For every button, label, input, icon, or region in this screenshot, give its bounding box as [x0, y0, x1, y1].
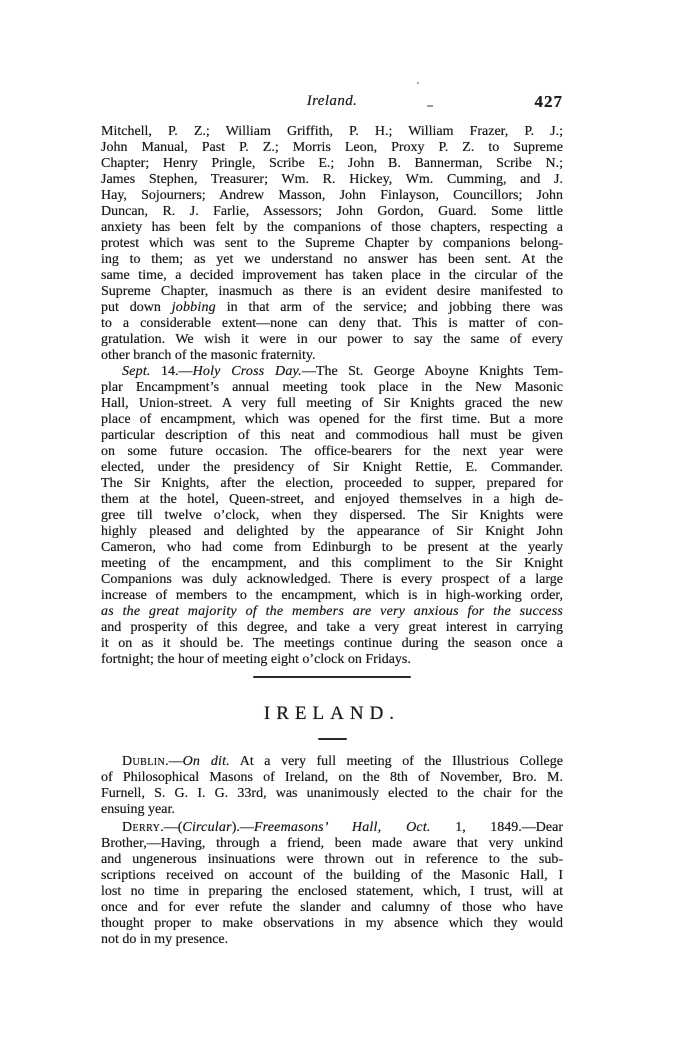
ink-speck-dot — [417, 82, 419, 84]
text-line: anxiety has been felt by the companions … — [101, 220, 563, 236]
text-line: of Philosophical Masons of Ireland, on t… — [101, 770, 563, 786]
text-line: gree till twelve o’clock, when they disp… — [101, 508, 563, 524]
text-line: on some future occasion. The office-bear… — [101, 444, 563, 460]
text-line: not do in my presence. — [101, 932, 563, 948]
text-line: Derry.—(Circular).—Freemasons’ Hall, Oct… — [101, 820, 563, 836]
text-line: as the great majority of the members are… — [101, 604, 563, 620]
text-line: to a considerable extent—none can deny t… — [101, 316, 563, 332]
text-line: Brother,—Having, through a friend, been … — [101, 836, 563, 852]
text-line: meeting of the encampment, and this comp… — [101, 556, 563, 572]
text-line: and prosperity of this degree, and take … — [101, 620, 563, 636]
text-line: particular description of this neat and … — [101, 428, 563, 444]
page-body: Mitchell, P. Z.; William Griffith, P. H.… — [101, 124, 563, 948]
text-line: fortnight; the hour of meeting eight o’c… — [101, 652, 563, 668]
running-header: Ireland. 427 — [101, 93, 563, 113]
page-number: 427 — [535, 92, 564, 112]
paragraph: Dublin.—On dit. At a very full meeting o… — [101, 754, 563, 818]
text-line: put down jobbing in that arm of the serv… — [101, 300, 563, 316]
text-line: gratulation. We wish it were in our powe… — [101, 332, 563, 348]
section-heading: IRELAND. — [101, 703, 563, 725]
text-line: once and for ever refute the slander and… — [101, 900, 563, 916]
text-line: James Stephen, Treasurer; Wm. R. Hickey,… — [101, 172, 563, 188]
text-line: Hay, Sojourners; Andrew Masson, John Fin… — [101, 188, 563, 204]
text-line: place of encampment, which was opened fo… — [101, 412, 563, 428]
text-line: Mitchell, P. Z.; William Griffith, P. H.… — [101, 124, 563, 140]
running-title: Ireland. — [101, 93, 563, 110]
text-line: Duncan, R. J. Farlie, Assessors; John Go… — [101, 204, 563, 220]
paragraph: Mitchell, P. Z.; William Griffith, P. H.… — [101, 124, 563, 364]
text-line: Furnell, S. G. I. G. 33rd, was unanimous… — [101, 786, 563, 802]
text-line: Cameron, who had come from Edinburgh to … — [101, 540, 563, 556]
heading-underline-rule — [318, 738, 347, 740]
ink-speck-dash — [427, 105, 433, 107]
text-line: scriptions received on account of the bu… — [101, 868, 563, 884]
text-line: thought proper to make observations in m… — [101, 916, 563, 932]
text-line: other branch of the masonic fraternity. — [101, 348, 563, 364]
text-line: lost no time in preparing the enclosed s… — [101, 884, 563, 900]
text-line: ensuing year. — [101, 802, 563, 818]
text-line: increase of members to the encampment, w… — [101, 588, 563, 604]
text-line: Hall, Union-street. A very full meeting … — [101, 396, 563, 412]
text-line: Companions was duly acknowledged. There … — [101, 572, 563, 588]
text-line: John Manual, Past P. Z.; Morris Leon, Pr… — [101, 140, 563, 156]
text-line: highly pleased and delighted by the appe… — [101, 524, 563, 540]
text-line: ing to them; as yet we understand no ans… — [101, 252, 563, 268]
text-line: elected, under the presidency of Sir Kni… — [101, 460, 563, 476]
text-line: same time, a decided improvement has tak… — [101, 268, 563, 284]
text-line: Dublin.—On dit. At a very full meeting o… — [101, 754, 563, 770]
section-divider-rule — [253, 676, 411, 678]
text-line: The Sir Knights, after the election, pro… — [101, 476, 563, 492]
text-line: plar Encampment’s annual meeting took pl… — [101, 380, 563, 396]
text-line: Sept. 14.—Holy Cross Day.—The St. George… — [101, 364, 563, 380]
text-line: Supreme Chapter, inasmuch as there is an… — [101, 284, 563, 300]
text-line: protest which was sent to the Supreme Ch… — [101, 236, 563, 252]
text-line: Chapter; Henry Pringle, Scribe E.; John … — [101, 156, 563, 172]
paragraph: Derry.—(Circular).—Freemasons’ Hall, Oct… — [101, 820, 563, 948]
text-line: them at the hotel, Queen-street, and enj… — [101, 492, 563, 508]
text-line: and ungenerous insinuations were thrown … — [101, 852, 563, 868]
text-line: it on as it should be. The meetings cont… — [101, 636, 563, 652]
paragraph: Sept. 14.—Holy Cross Day.—The St. George… — [101, 364, 563, 668]
scanned-document-page: Ireland. 427 Mitchell, P. Z.; William Gr… — [0, 0, 683, 1037]
